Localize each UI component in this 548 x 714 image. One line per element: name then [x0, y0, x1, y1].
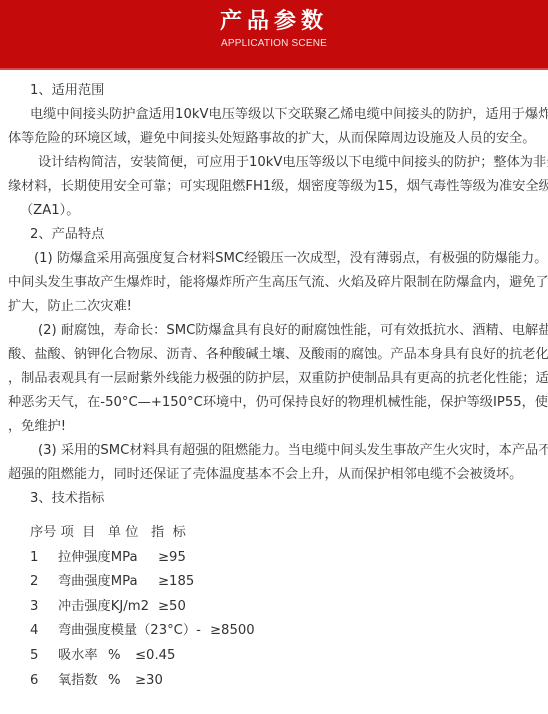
row-unit: %	[108, 669, 121, 694]
paragraph-line: 设计结构简洁，安装简便，可应用于10kV电压等级以下电缆中间接头的防护；整体为非…	[8, 151, 538, 175]
paragraph-line: 扩大，防止二次灾难!	[8, 295, 538, 319]
paragraph-line: 超强的阻燃能力，同时还保证了壳体温度基本不会上升，从而保护相邻电缆不会被烫坏。	[8, 463, 538, 487]
product-parameters-body: 1、适用范围 电缆中间接头防护盒适用10kV电压等级以下交联聚乙烯电缆中间接头的…	[8, 79, 538, 511]
page-header-banner: 产品参数 APPLICATION SCENE	[0, 0, 548, 70]
paragraph-line: 电缆中间接头防护盒适用10kV电压等级以下交联聚乙烯电缆中间接头的防护，适用于爆…	[8, 103, 538, 127]
row-number: 1	[30, 546, 38, 571]
paragraph-line: ，制品表观具有一层耐紫外线能力极强的防护层，双重防护使制品具有更高的抗老化性能；…	[8, 367, 538, 391]
row-unit: %	[108, 644, 121, 669]
paragraph-line: ，免维护!	[8, 415, 538, 439]
row-number: 6	[30, 669, 38, 694]
row-item: 弯曲强度MPa	[58, 570, 138, 595]
paragraph-line: (1) 防爆盒采用高强度复合材料SMC经锻压一次成型，没有薄弱点，有极强的防爆能…	[8, 247, 538, 271]
row-value: ≤0.45	[135, 644, 175, 669]
paragraph-line: 体等危险的环境区域，避免中间接头处短路事故的扩大，从而保障周边设施及人员的安全。	[8, 127, 538, 151]
row-value: ≥50	[158, 595, 186, 620]
paragraph-line: 缘材料，长期使用安全可靠；可实现阻燃FH1级，烟密度等级为15，烟气毒性等级为准…	[8, 175, 538, 199]
row-number: 2	[30, 570, 38, 595]
table-header-label: 序号 项 目 单 位 指 标	[30, 521, 186, 546]
page-title: 产品参数	[0, 9, 548, 35]
row-item: 拉伸强度MPa	[58, 546, 138, 571]
paragraph-line: 种恶劣天气，在-50°C—+150°C环境中，仍可保持良好的物理机械性能，保护等…	[8, 391, 538, 415]
row-value: ≥95	[158, 546, 186, 571]
row-number: 3	[30, 595, 38, 620]
paragraph-line: (3) 采用的SMC材料具有超强的阻燃能力。当电缆中间头发生事故产生火灾时，本产…	[8, 439, 538, 463]
paragraph-line: （ZA1）。	[8, 199, 538, 223]
row-item: 弯曲强度模量（23°C）-	[58, 619, 201, 644]
row-value: ≥8500	[210, 619, 255, 644]
row-number: 5	[30, 644, 38, 669]
section-heading-specs: 3、技术指标	[8, 487, 538, 511]
paragraph-line: 中间头发生事故产生爆炸时，能将爆炸所产生高压气流、火焰及碎片限制在防爆盒内，避免…	[8, 271, 538, 295]
row-number: 4	[30, 619, 38, 644]
row-item: 吸水率	[58, 644, 98, 669]
page-subtitle: APPLICATION SCENE	[0, 38, 548, 50]
row-item: 氧指数	[58, 669, 98, 694]
section-heading-scope: 1、适用范围	[8, 79, 538, 103]
section-heading-features: 2、产品特点	[8, 223, 538, 247]
paragraph-line: (2) 耐腐蚀，寿命长：SMC防爆盒具有良好的耐腐蚀性能，可有效抵抗水、酒精、电…	[8, 319, 538, 343]
row-value: ≥30	[135, 669, 163, 694]
paragraph-line: 酸、盐酸、钠钾化合物尿、沥青、各种酸碱土壤、及酸雨的腐蚀。产品本身具有良好的抗老…	[8, 343, 538, 367]
row-item: 冲击强度KJ/m2	[58, 595, 149, 620]
row-value: ≥185	[158, 570, 194, 595]
